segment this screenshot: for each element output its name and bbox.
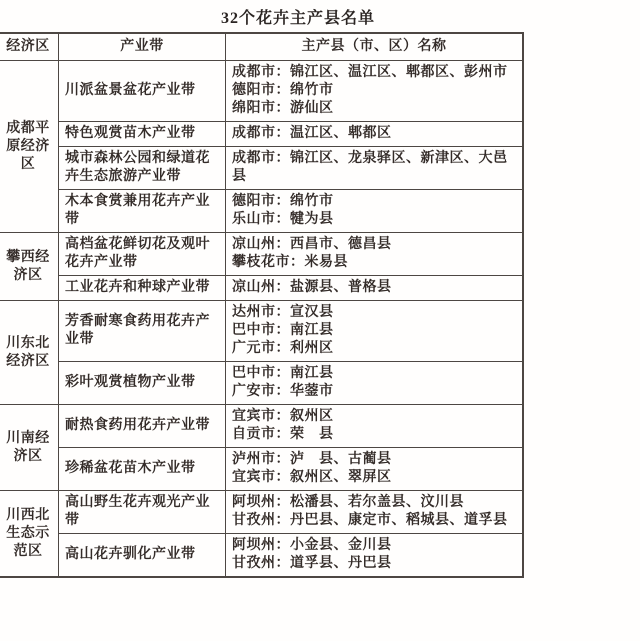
document-title: 32个花卉主产县名单 [0,0,596,32]
production-counties-table: 经济区 产业带 主产县（市、区）名称 成都平原经济区 川派盆景盆花产业带 成都市… [0,32,524,578]
industry-belt-cell: 彩叶观赏植物产业带 [59,362,226,405]
counties-cell: 凉山州：盐源县、普格县 [226,276,524,301]
economic-zone-cell: 川南经济区 [0,405,59,491]
county-line: 成都市：温江区、郫都区 [232,125,516,143]
county-line: 阿坝州：小金县、金川县 [232,537,516,555]
counties-cell: 阿坝州：松潘县、若尔盖县、汶川县 甘孜州：丹巴县、康定市、稻城县、道孚县 [226,491,524,534]
counties-cell: 成都市：温江区、郫都区 [226,122,524,147]
table-row: 成都平原经济区 川派盆景盆花产业带 成都市：锦江区、温江区、郫都区、彭州市 德阳… [0,61,523,122]
industry-belt-cell: 高山花卉驯化产业带 [59,534,226,578]
county-line: 攀枝花市：米易县 [232,254,516,272]
industry-belt-cell: 城市森林公园和绿道花卉生态旅游产业带 [59,147,226,190]
county-line: 德阳市：绵竹市 [232,193,516,211]
county-line: 自贡市：荣 县 [232,426,516,444]
counties-cell: 阿坝州：小金县、金川县 甘孜州：道孚县、丹巴县 [226,534,524,578]
economic-zone-cell: 成都平原经济区 [0,61,59,233]
counties-cell: 德阳市：绵竹市 乐山市：犍为县 [226,190,524,233]
county-line: 巴中市：南江县 [232,365,516,383]
county-line: 巴中市：南江县 [232,322,516,340]
industry-belt-cell: 耐热食药用花卉产业带 [59,405,226,448]
table-row: 彩叶观赏植物产业带 巴中市：南江县 广安市：华蓥市 [0,362,523,405]
county-line: 泸州市：泸 县、古蔺县 [232,451,516,469]
county-line: 成都市：锦江区、温江区、郫都区、彭州市 [232,64,516,82]
county-line: 甘孜州：道孚县、丹巴县 [232,555,516,573]
county-line: 乐山市：犍为县 [232,211,516,229]
table-row: 木本食赏兼用花卉产业带 德阳市：绵竹市 乐山市：犍为县 [0,190,523,233]
table-row: 攀西经济区 高档盆花鲜切花及观叶花卉产业带 凉山州：西昌市、德昌县 攀枝花市：米… [0,233,523,276]
table-row: 川西北生态示范区 高山野生花卉观光产业带 阿坝州：松潘县、若尔盖县、汶川县 甘孜… [0,491,523,534]
county-line: 甘孜州：丹巴县、康定市、稻城县、道孚县 [232,512,516,530]
industry-belt-cell: 珍稀盆花苗木产业带 [59,448,226,491]
header-economic-zone: 经济区 [0,33,59,61]
counties-cell: 凉山州：西昌市、德昌县 攀枝花市：米易县 [226,233,524,276]
county-line: 凉山州：盐源县、普格县 [232,279,516,297]
counties-cell: 巴中市：南江县 广安市：华蓥市 [226,362,524,405]
county-line: 宜宾市：叙州区 [232,408,516,426]
document-page: 32个花卉主产县名单 经济区 产业带 主产县（市、区）名称 成都平原经济区 川派… [0,0,640,641]
county-line: 凉山州：西昌市、德昌县 [232,236,516,254]
table-row: 川南经济区 耐热食药用花卉产业带 宜宾市：叙州区 自贡市：荣 县 [0,405,523,448]
counties-cell: 达州市：宣汉县 巴中市：南江县 广元市：利州区 [226,301,524,362]
table-row: 城市森林公园和绿道花卉生态旅游产业带 成都市：锦江区、龙泉驿区、新津区、大邑县 [0,147,523,190]
county-line: 达州市：宣汉县 [232,304,516,322]
economic-zone-cell: 川东北经济区 [0,301,59,405]
county-line: 宜宾市：叙州区、翠屏区 [232,469,516,487]
table-row: 高山花卉驯化产业带 阿坝州：小金县、金川县 甘孜州：道孚县、丹巴县 [0,534,523,578]
counties-cell: 成都市：锦江区、龙泉驿区、新津区、大邑县 [226,147,524,190]
economic-zone-cell: 攀西经济区 [0,233,59,301]
county-line: 德阳市：绵竹市 [232,82,516,100]
county-line: 广元市：利州区 [232,340,516,358]
counties-cell: 泸州市：泸 县、古蔺县 宜宾市：叙州区、翠屏区 [226,448,524,491]
industry-belt-cell: 高山野生花卉观光产业带 [59,491,226,534]
table-header-row: 经济区 产业带 主产县（市、区）名称 [0,33,523,61]
economic-zone-cell: 川西北生态示范区 [0,491,59,578]
county-line: 绵阳市：游仙区 [232,100,516,118]
table-row: 珍稀盆花苗木产业带 泸州市：泸 县、古蔺县 宜宾市：叙州区、翠屏区 [0,448,523,491]
industry-belt-cell: 川派盆景盆花产业带 [59,61,226,122]
table-row: 工业花卉和种球产业带 凉山州：盐源县、普格县 [0,276,523,301]
table-row: 特色观赏苗木产业带 成都市：温江区、郫都区 [0,122,523,147]
county-line: 阿坝州：松潘县、若尔盖县、汶川县 [232,494,516,512]
industry-belt-cell: 木本食赏兼用花卉产业带 [59,190,226,233]
industry-belt-cell: 高档盆花鲜切花及观叶花卉产业带 [59,233,226,276]
industry-belt-cell: 特色观赏苗木产业带 [59,122,226,147]
counties-cell: 宜宾市：叙州区 自贡市：荣 县 [226,405,524,448]
county-line: 广安市：华蓥市 [232,383,516,401]
header-county-names: 主产县（市、区）名称 [226,33,524,61]
industry-belt-cell: 工业花卉和种球产业带 [59,276,226,301]
header-industry-belt: 产业带 [59,33,226,61]
county-line: 成都市：锦江区、龙泉驿区、新津区、大邑县 [232,150,516,186]
industry-belt-cell: 芳香耐寒食药用花卉产业带 [59,301,226,362]
counties-cell: 成都市：锦江区、温江区、郫都区、彭州市 德阳市：绵竹市 绵阳市：游仙区 [226,61,524,122]
table-row: 川东北经济区 芳香耐寒食药用花卉产业带 达州市：宣汉县 巴中市：南江县 广元市：… [0,301,523,362]
